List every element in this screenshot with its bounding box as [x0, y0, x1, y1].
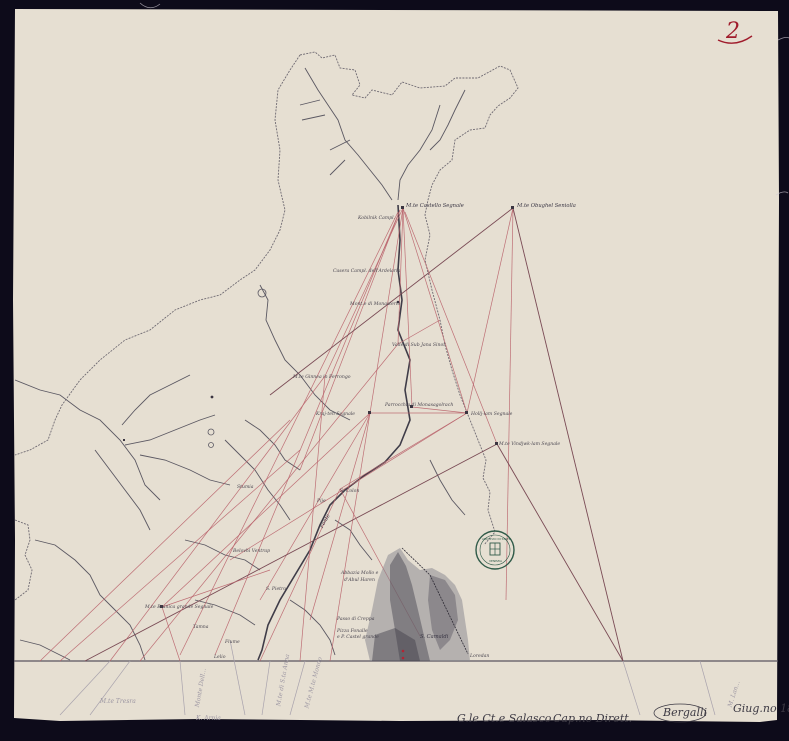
signature-salasco-title: Cap.no Dirett.	[553, 712, 632, 725]
label-colon: S. Colon	[340, 488, 359, 494]
label-abbazia-1: Abbazia Mollo e	[340, 570, 379, 576]
label-mt-obughel: M.te Obughel Seniolla	[516, 203, 576, 209]
label-pizza-1: Pizza Fonalle	[336, 628, 368, 634]
sheet-number-text: 2	[725, 19, 740, 44]
label-monastero: Mont.e di Monasterio	[349, 301, 401, 307]
signature-bergalli: Bergalli	[662, 706, 707, 719]
label-kraj: Kraj-ten Segnale	[315, 411, 355, 417]
label-mt-castello: M.te Castello Segnale	[405, 203, 464, 209]
signature-date: Giug.no 1823	[733, 702, 789, 715]
pencil-note-tresra: M.te Tresra	[99, 698, 136, 705]
label-loredan: Loredan	[469, 653, 489, 659]
label-hollj: Hollj-lam Segnale	[470, 411, 513, 417]
stamp-ring-text: ARCHIVIO DI STATO	[482, 537, 512, 541]
label-valle: Valle di Sub Jana Sinor	[392, 342, 446, 348]
label-parrocchia: Parrocchia di Monasagolrach	[384, 402, 453, 408]
pencil-note-arnia: K. Arnia	[195, 715, 221, 722]
label-fiume: Fiume	[224, 639, 240, 645]
label-lelio: Lelio	[213, 654, 226, 660]
label-abbazia-2: d'Abul Haren	[344, 577, 375, 583]
label-casera: Casera Campl. dell'Ardelaria	[333, 268, 401, 274]
stamp-bottom-text: VENEZIA	[489, 559, 503, 563]
label-vindjwk: M.te Vindjwk-lam Segnale	[498, 441, 560, 447]
label-stumia: Stumia	[237, 484, 254, 490]
label-s-pietro: S. Pietro	[266, 586, 286, 592]
label-belovhi: Belovhi Ventrap	[232, 548, 270, 554]
label-tamna: Tamna	[193, 624, 209, 630]
label-ginnea: M.te Ginnea in Ferrongo	[292, 374, 351, 380]
map-sheet: M.te Castello Segnale M.te Obughel Senio…	[0, 0, 789, 741]
label-camaldi: S. Camaldi	[420, 634, 449, 640]
label-passo: Passo di Creppa	[336, 616, 375, 622]
signature-salasco: G.le Ct.e Salasco	[457, 712, 552, 725]
label-branica: M.te Branica grande Segnale	[144, 604, 214, 610]
label-pizza-2: e P. Castel grande	[337, 634, 379, 640]
label-pije: Pije	[316, 498, 326, 504]
label-kobilnik: Kobilnik Campl.	[357, 215, 396, 221]
